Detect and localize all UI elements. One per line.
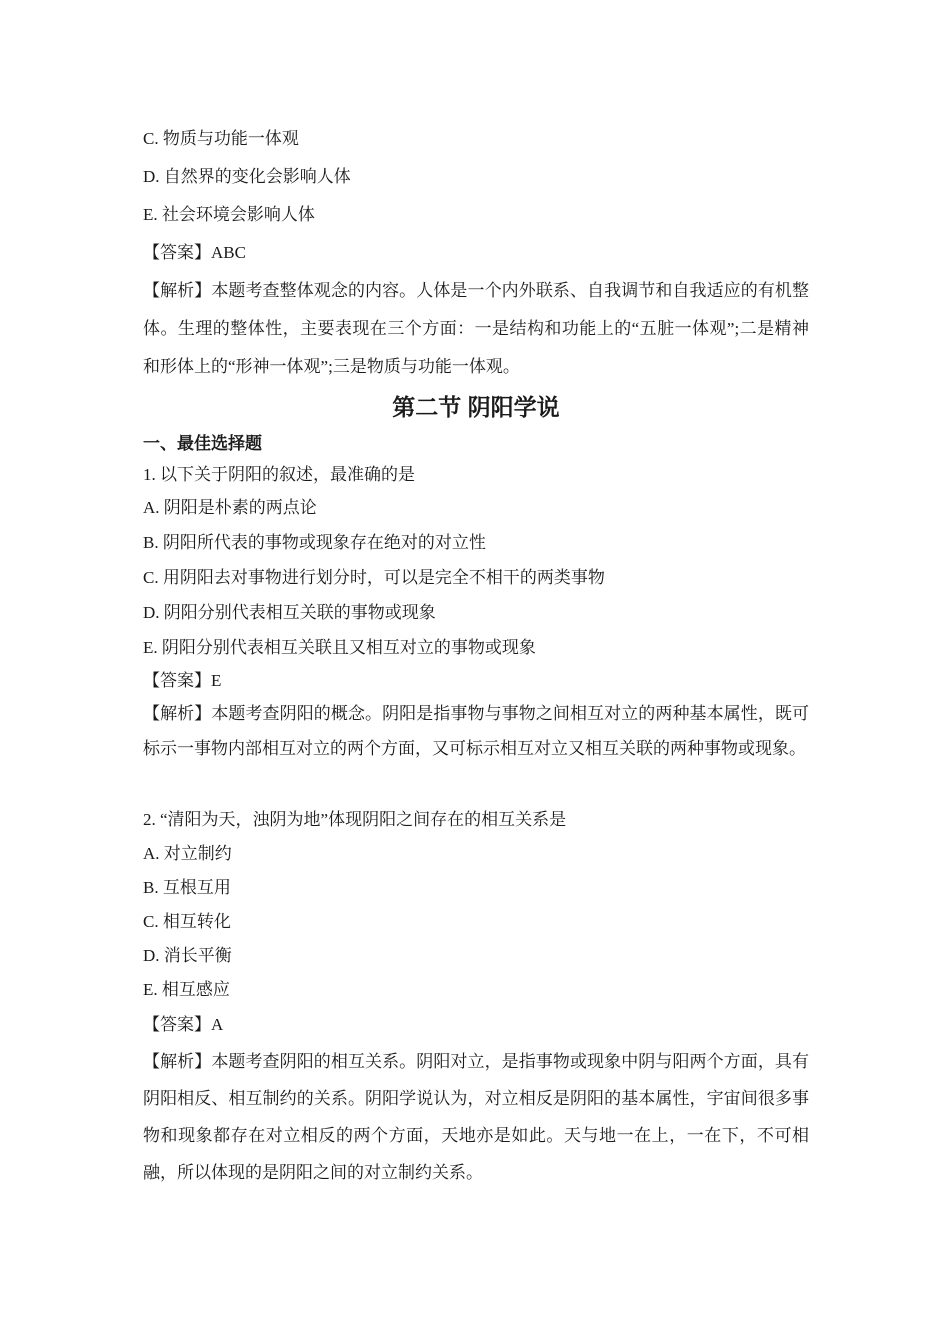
question-stem: 1. 以下关于阴阳的叙述，最准确的是 [143,460,809,490]
analysis-line: 【解析】本题考查阴阳的概念。阴阳是指事物与事物之间相互对立的两种基本属性，既可 [143,696,809,731]
option-line: C. 相互转化 [143,905,809,939]
option-line: D. 阴阳分别代表相互关联的事物或现象 [143,595,809,630]
option-line: E. 社会环境会影响人体 [143,196,809,234]
analysis-line: 【解析】本题考查整体观念的内容。人体是一个内外联系、自我调节和自我适应的有机整 [143,272,809,310]
option-line: D. 自然界的变化会影响人体 [143,158,809,196]
analysis-line: 和形体上的“形神一体观”;三是物质与功能一体观。 [143,348,809,386]
analysis-line: 阴阳相反、相互制约的关系。阴阳学说认为，对立相反是阴阳的基本属性，宇宙间很多事 [143,1080,809,1117]
option-line: B. 阴阳所代表的事物或现象存在绝对的对立性 [143,525,809,560]
content-column: C. 物质与功能一体观 D. 自然界的变化会影响人体 E. 社会环境会影响人体 … [143,120,809,1191]
question-2: 2. “清阳为天，浊阴为地”体现阴阳之间存在的相互关系是 A. 对立制约 B. … [143,802,809,1191]
option-line: E. 相互感应 [143,973,809,1007]
answer-line: 【答案】A [143,1007,809,1043]
option-line: D. 消长平衡 [143,939,809,973]
answer-line: 【答案】E [143,665,809,696]
section-heading: 第二节 阴阳学说 [143,386,809,428]
option-line: C. 物质与功能一体观 [143,120,809,158]
analysis-line: 标示一事物内部相互对立的两个方面，又可标示相互对立又相互关联的两种事物或现象。 [143,731,809,766]
option-line: E. 阴阳分别代表相互关联且又相互对立的事物或现象 [143,630,809,665]
option-line: B. 互根互用 [143,871,809,905]
analysis-line: 体。生理的整体性，主要表现在三个方面：一是结构和功能上的“五脏一体观”;二是精神 [143,310,809,348]
question-stem: 2. “清阳为天，浊阴为地”体现阴阳之间存在的相互关系是 [143,802,809,837]
previous-question-block: C. 物质与功能一体观 D. 自然界的变化会影响人体 E. 社会环境会影响人体 … [143,120,809,386]
document-page: C. 物质与功能一体观 D. 自然界的变化会影响人体 E. 社会环境会影响人体 … [0,0,950,1344]
question-1: 1. 以下关于阴阳的叙述，最准确的是 A. 阴阳是朴素的两点论 B. 阴阳所代表… [143,460,809,766]
answer-line: 【答案】ABC [143,234,809,272]
option-line: C. 用阴阳去对事物进行划分时，可以是完全不相干的两类事物 [143,560,809,595]
subsection-heading: 一、最佳选择题 [143,428,809,460]
paragraph-gap [143,766,809,802]
option-line: A. 对立制约 [143,837,809,871]
analysis-line: 物和现象都存在对立相反的两个方面，天地亦是如此。天与地一在上，一在下，不可相 [143,1117,809,1154]
analysis-line: 【解析】本题考查阴阳的相互关系。阴阳对立，是指事物或现象中阴与阳两个方面，具有 [143,1043,809,1080]
analysis-line: 融，所以体现的是阴阳之间的对立制约关系。 [143,1154,809,1191]
option-line: A. 阴阳是朴素的两点论 [143,490,809,525]
